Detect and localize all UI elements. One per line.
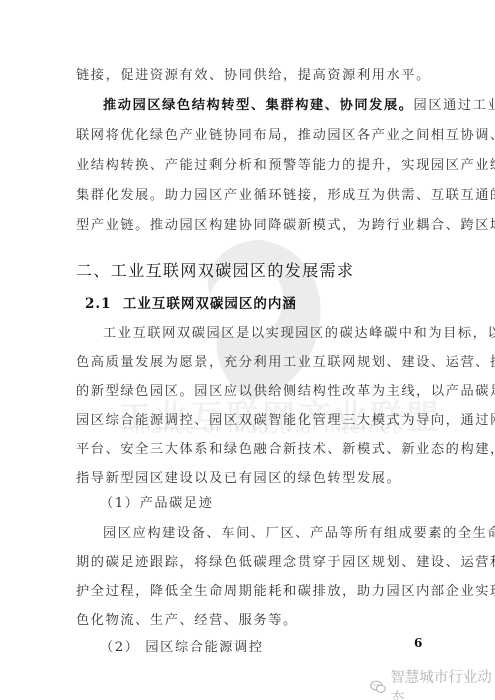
page-number: 6 <box>414 636 422 650</box>
text-line: 指导新型园区建设以及已有园区的绿色转型发展。 <box>76 467 426 486</box>
item-number: （2） <box>100 640 140 655</box>
item-label: 园区综合能源调控 <box>145 640 263 655</box>
brand-name: 智慧城市行业动态 <box>390 666 495 700</box>
subsection-title: 工业互联网双碳园区的内涵 <box>123 296 297 312</box>
text-line: 平台、安全三大体系和绿色融合新技术、新模式、新业态的构建，来 <box>76 438 426 457</box>
paragraph-first-line: 推动园区绿色结构转型、集群构建、协同发展。园区通过工业互 <box>103 94 453 113</box>
document-page: 工业互联网产业联盟 Alliance of Industrial Interne… <box>0 0 495 700</box>
text-line: 园区综合能源调控、园区双碳智能化管理三大模式为导向，通过网络、 <box>76 409 426 428</box>
text-line: 色高质量发展为愿景，充分利用工业互联网规划、建设、运营、提升 <box>76 351 426 370</box>
brand-watermark: 智慧城市行业动态 <box>370 666 495 700</box>
text-line: 护全过程，降低全生命周期能耗和碳排放，助力园区内部企业实现绿 <box>76 580 426 599</box>
text-line: 链接，促进资源有效、协同供给，提高资源利用水平。 <box>76 64 426 83</box>
subsection-heading: 2.1 工业互联网双碳园区的内涵 <box>85 292 297 312</box>
text-line: 联网将优化绿色产业链协同布局，推动园区各产业之间相互协调、产 <box>76 124 426 143</box>
text-line: 型产业链。推动园区构建协同降碳新模式，为跨行业耦合、跨区域协 <box>76 214 426 233</box>
text-line: 工业互联网双碳园区是以实现园区的碳达峰碳中和为目标，以绿 <box>103 322 453 341</box>
text-line: 园区应构建设备、车间、厂区、产品等所有组成要素的全生命周 <box>103 522 453 541</box>
text-line: 色化物流、生产、经营、服务等。 <box>76 609 426 628</box>
bold-lead: 推动园区绿色结构转型、集群构建、协同发展。 <box>103 98 414 113</box>
section-heading: 二、工业互联网双碳园区的发展需求 <box>76 258 354 281</box>
subsection-number: 2.1 <box>85 296 112 312</box>
item-heading: （1）产品碳足迹 <box>100 492 214 511</box>
text-line: 期的碳足迹跟踪，将绿色低碳理念贯穿于园区规划、建设、运营和维 <box>76 551 426 570</box>
text-line: 集群化发展。助力园区产业循环链接，形成互为供需、互联互通的新 <box>76 184 426 203</box>
item-heading: （2） 园区综合能源调控 <box>100 636 264 655</box>
text-line: 的新型绿色园区。园区应以供给侧结构性改革为主线，以产品碳足迹、 <box>76 380 426 399</box>
wechat-icon <box>370 679 386 695</box>
text-line: 业结构转换、产能过剩分析和预警等能力的提升，实现园区产业绿色 <box>76 154 426 173</box>
text-segment: 园区通过工业互 <box>414 98 495 113</box>
